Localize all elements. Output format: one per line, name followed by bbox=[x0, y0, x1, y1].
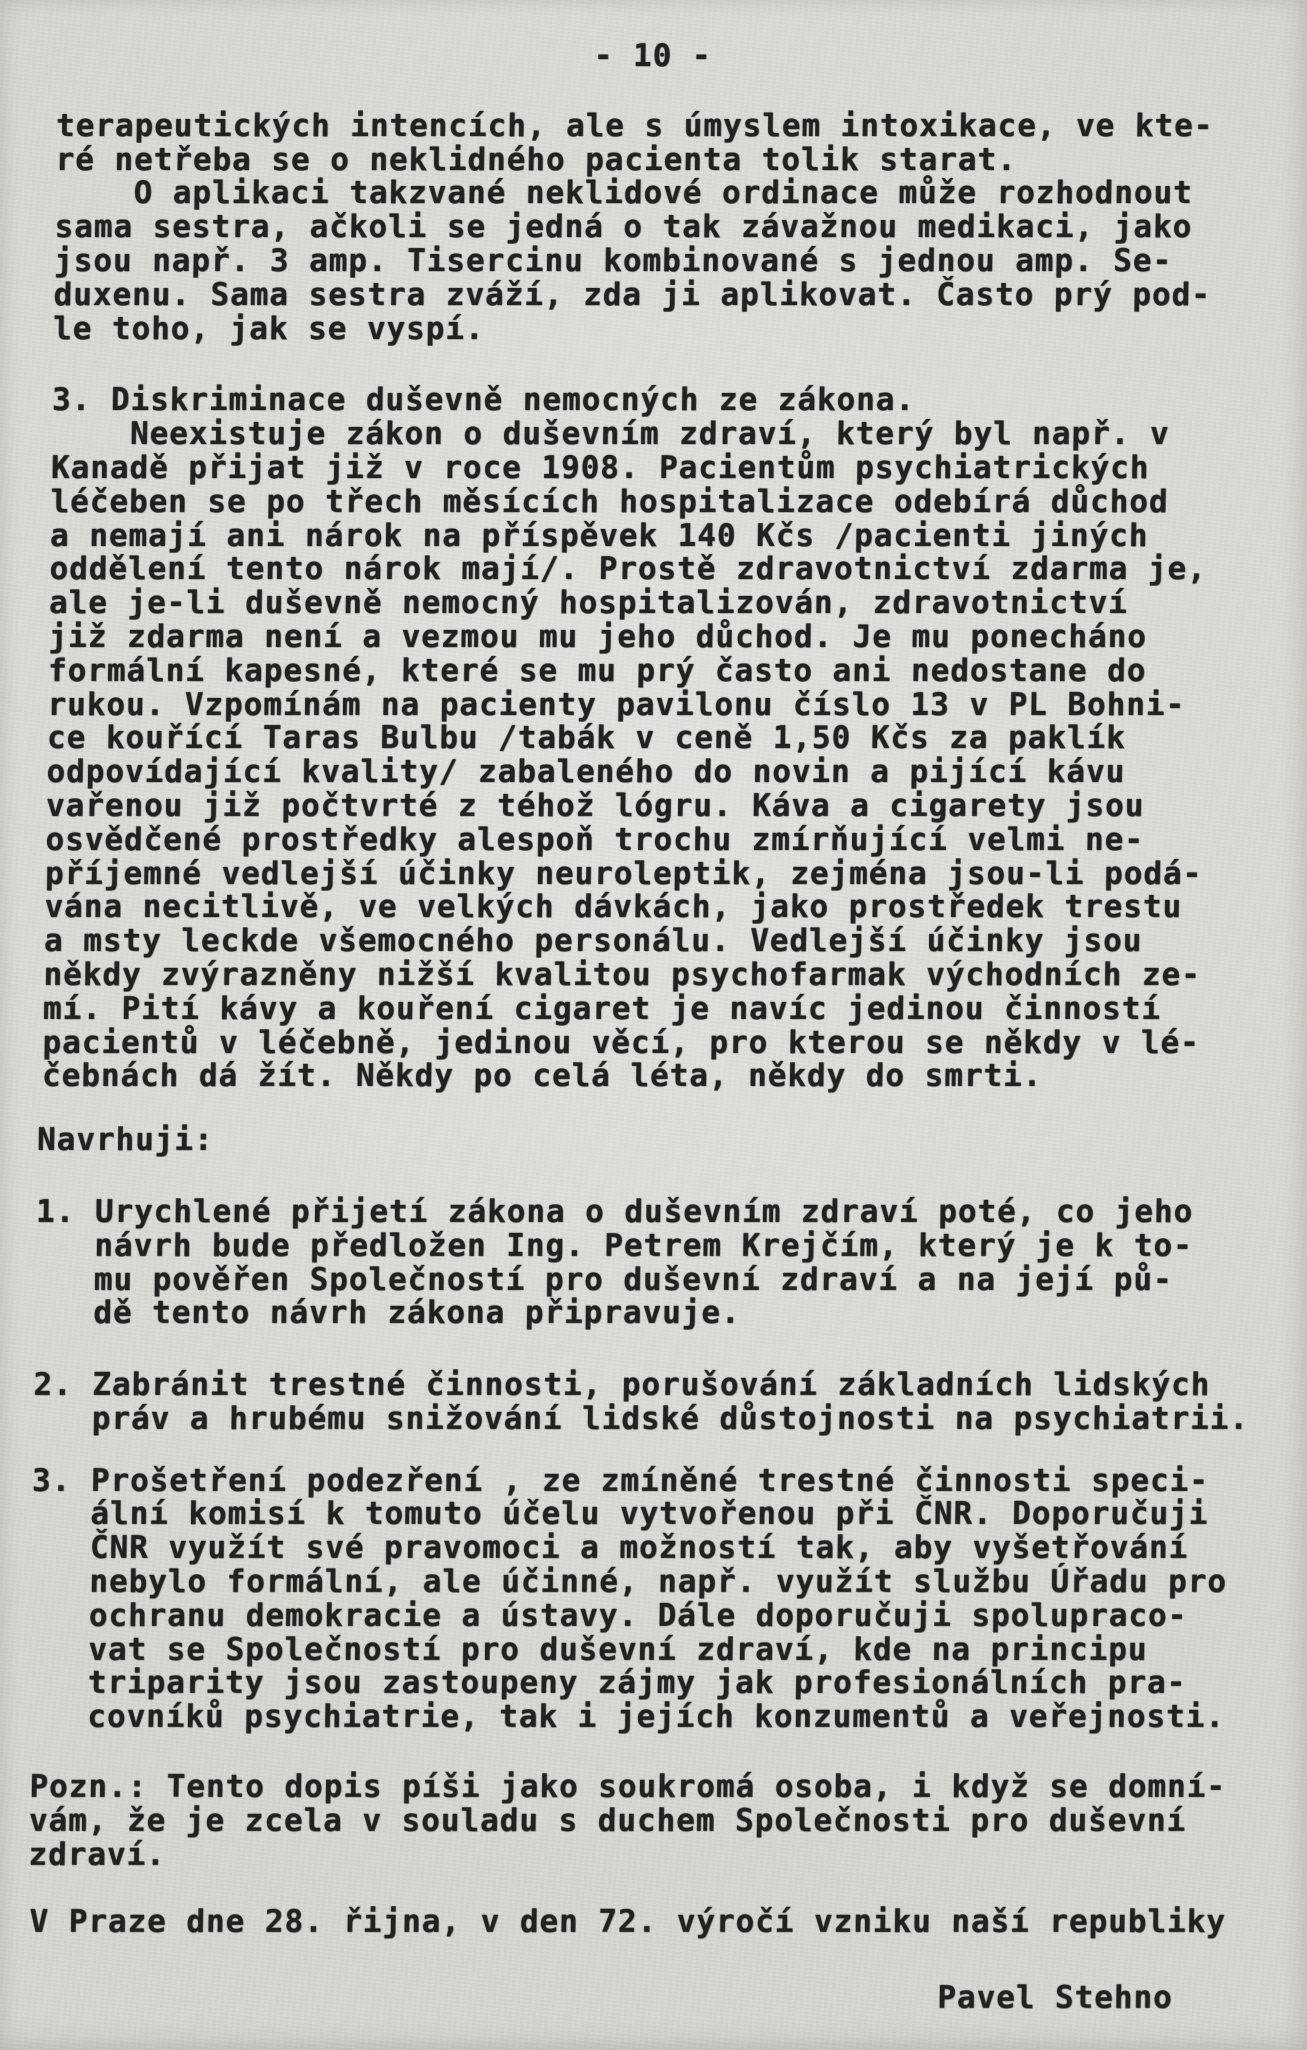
signature-name: Pavel Stehno bbox=[937, 1982, 1278, 2016]
paragraph-intro-continuation: terapeutických intencích, ale s úmyslem … bbox=[53, 110, 1306, 347]
proposals-heading: Navrhuji: bbox=[37, 1124, 1291, 1158]
postscript-note: Pozn.: Tento dopis píši jako soukromá os… bbox=[28, 1771, 1281, 1872]
proposal-item-3: 3. Prošetření podezření , ze zmíněné tre… bbox=[28, 1465, 1285, 1735]
section-3-discrimination-paragraph: 3. Diskriminace duševně nemocných ze zák… bbox=[42, 384, 1302, 1094]
typewritten-text-layer: - 10 - terapeutických intencích, ale s ú… bbox=[0, 0, 1307, 2050]
proposal-item-1: 1. Urychlené přijetí zákona o duševním z… bbox=[34, 1196, 1289, 1331]
dateline: V Praze dne 28. řijna, v den 72. výročí … bbox=[29, 1906, 1279, 1940]
proposal-item-2: 2. Zabránit trestné činnosti, porušování… bbox=[33, 1369, 1287, 1437]
document-page: - 10 - terapeutických intencích, ale s ú… bbox=[0, 0, 1307, 2050]
page-number: - 10 - bbox=[0, 40, 1306, 74]
